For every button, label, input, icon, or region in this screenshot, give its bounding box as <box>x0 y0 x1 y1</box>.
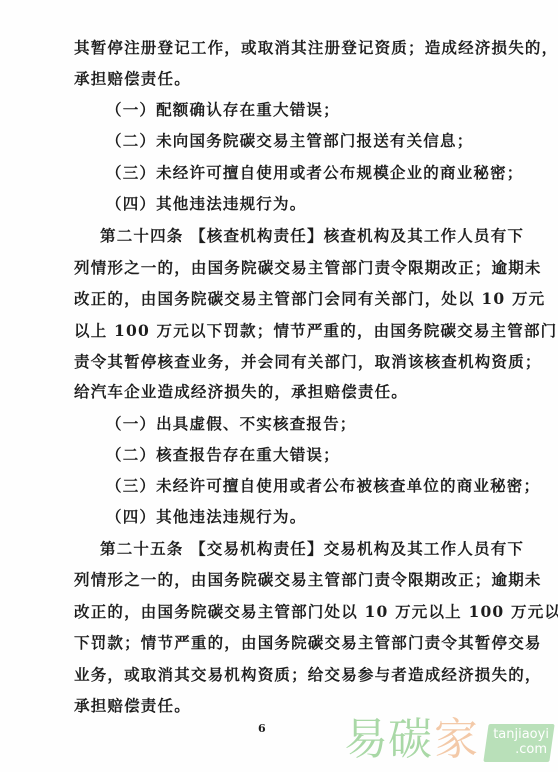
watermark-char-yi: 易 <box>344 714 388 766</box>
text-line: 下罚款；情节严重的，由国务院碳交易主管部门责令其暂停交易 <box>74 633 542 653</box>
text-line: 改正的，由国务院碳交易主管部门会同有关部门，处以 10 万元 <box>74 289 545 309</box>
page-number: 6 <box>258 722 266 735</box>
text-line: 其暂停注册登记工作，或取消其注册登记资质；造成经济损失的， <box>74 38 558 58</box>
list-item: （三）未经许可擅自使用或者公布被核查单位的商业秘密； <box>106 476 540 496</box>
text-line: 列情形之一的，由国务院碳交易主管部门责令限期改正；逾期未 <box>74 570 542 590</box>
text-line: 以上 100 万元以下罚款；情节严重的，由国务院碳交易主管部门 <box>74 321 557 341</box>
list-item: （二）未向国务院碳交易主管部门报送有关信息； <box>106 131 473 151</box>
watermark-logo: 易 碳 家 tanjiaoyi .com <box>344 714 554 766</box>
watermark-char-tan: 碳 <box>388 714 432 766</box>
text-line: 列情形之一的，由国务院碳交易主管部门责令限期改正；逾期未 <box>74 258 542 278</box>
watermark-badge: tanjiaoyi .com <box>483 724 554 762</box>
list-item: （四）其他违法违规行为。 <box>106 507 306 527</box>
text-line: 承担赔偿责任。 <box>74 69 191 89</box>
text-line: 给汽车企业造成经济损失的，承担赔偿责任。 <box>74 382 408 402</box>
list-item: （一）配额确认存在重大错误； <box>106 100 340 120</box>
article-25-heading: 第二十五条 【交易机构责任】交易机构及其工作人员有下 <box>100 539 524 559</box>
text-line: 责令其暂停核查业务，并会同有关部门，取消该核查机构资质； <box>74 352 542 372</box>
watermark-char-jia: 家 <box>434 714 478 766</box>
document-page: 其暂停注册登记工作，或取消其注册登记资质；造成经济损失的， 承担赔偿责任。 （一… <box>0 0 558 772</box>
list-item: （四）其他违法违规行为。 <box>106 194 306 214</box>
text-line: 承担赔偿责任。 <box>74 696 191 716</box>
text-line: 改正的，由国务院碳交易主管部门处以 10 万元以上 100 万元以 <box>74 602 558 622</box>
list-item: （二）核查报告存在重大错误； <box>106 445 340 465</box>
article-24-heading: 第二十四条 【核查机构责任】核查机构及其工作人员有下 <box>100 226 524 246</box>
watermark-domain: tanjiaoyi <box>493 727 549 742</box>
list-item: （一）出具虚假、不实核查报告； <box>106 414 357 434</box>
watermark-tld: .com <box>515 742 547 757</box>
list-item: （三）未经许可擅自使用或者公布规模企业的商业秘密； <box>106 163 524 183</box>
text-line: 业务，或取消其交易机构资质；给交易参与者造成经济损失的， <box>74 665 542 685</box>
